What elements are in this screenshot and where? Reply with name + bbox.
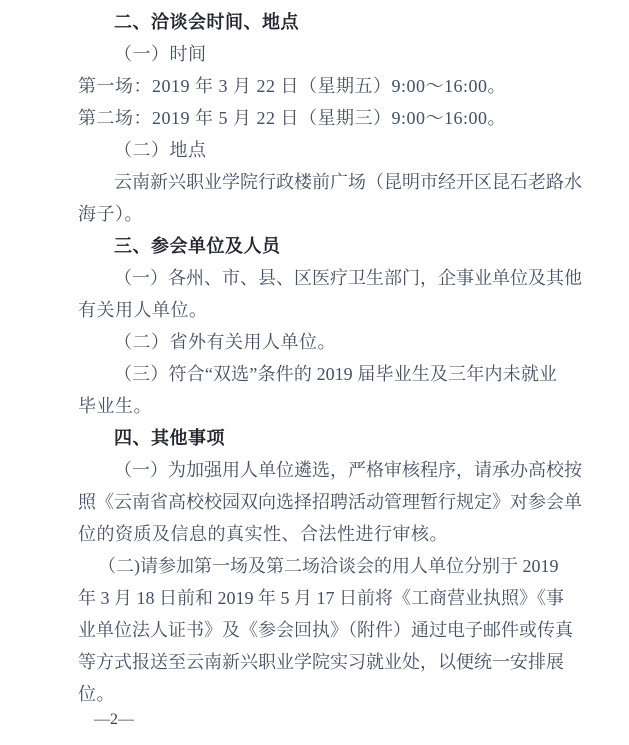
section-heading: 四、其他事项 <box>78 422 557 454</box>
document-line: （一）时间 <box>78 38 557 70</box>
document-line: 照《云南省高校校园双向选择招聘活动管理暂行规定》对参会单 <box>78 486 557 518</box>
document-line: 第二场：2019 年 5 月 22 日（星期三）9:00～16:00。 <box>78 102 557 134</box>
document-line: 毕业生。 <box>78 390 557 422</box>
document-line: 有关用人单位。 <box>78 294 557 326</box>
section-heading: 二、洽谈会时间、地点 <box>78 6 557 38</box>
document-page: 二、洽谈会时间、地点 （一）时间 第一场：2019 年 3 月 22 日（星期五… <box>0 0 629 745</box>
document-line: 年 3 月 18 日前和 2019 年 5 月 17 日前将《工商营业执照》《事 <box>78 582 557 614</box>
document-line: （二）省外有关用人单位。 <box>78 326 557 358</box>
section-heading: 三、参会单位及人员 <box>78 230 557 262</box>
document-line: （一）各州、市、县、区医疗卫生部门，企事业单位及其他 <box>78 262 557 294</box>
document-line: （二）地点 <box>78 134 557 166</box>
document-line: 第一场：2019 年 3 月 22 日（星期五）9:00～16:00。 <box>78 70 557 102</box>
document-line: 业单位法人证书》及《参会回执》（附件）通过电子邮件或传真 <box>78 614 557 646</box>
document-line: 等方式报送至云南新兴职业学院实习就业处，以便统一安排展 <box>78 646 557 678</box>
document-line: 云南新兴职业学院行政楼前广场（昆明市经开区昆石老路水 <box>78 166 557 198</box>
document-line: （三）符合“双选”条件的 2019 届毕业生及三年内未就业 <box>78 358 557 390</box>
document-line: 位。 <box>78 678 557 710</box>
document-line: （一）为加强用人单位遴选，严格审核程序，请承办高校按 <box>78 454 557 486</box>
document-line: 位的资质及信息的真实性、合法性进行审核。 <box>78 518 557 550</box>
document-line: （二)请参加第一场及第二场洽谈会的用人单位分别于 2019 <box>78 550 557 582</box>
document-line: 海子）。 <box>78 198 557 230</box>
page-number: —2— <box>94 706 134 734</box>
document-body: 二、洽谈会时间、地点 （一）时间 第一场：2019 年 3 月 22 日（星期五… <box>78 6 557 710</box>
